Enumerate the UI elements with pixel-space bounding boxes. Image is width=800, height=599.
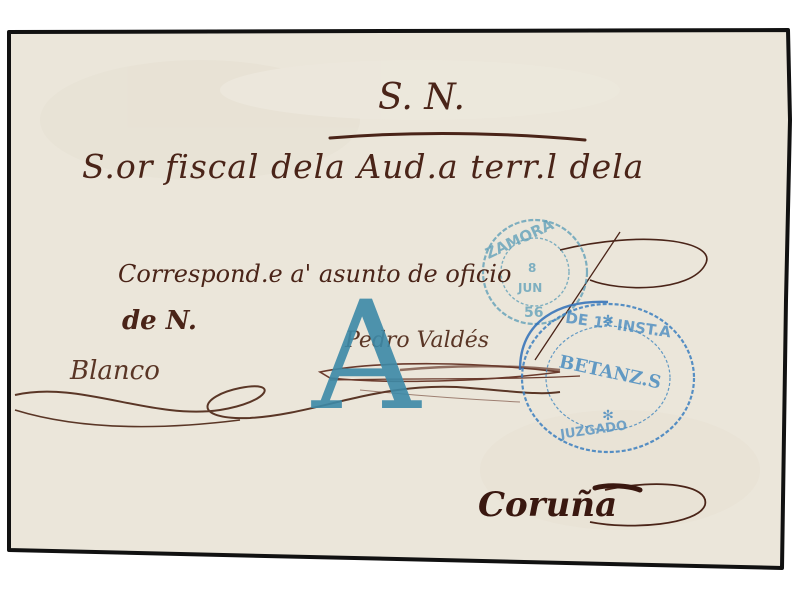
datestamp-year: 56 xyxy=(524,306,543,320)
destination-city: Coruña xyxy=(478,488,617,522)
address-line-1: S.or fiscal dela Aud.a terr.l dela xyxy=(82,150,644,183)
letter-a-handstamp: A xyxy=(312,282,420,432)
datestamp-day: 8 xyxy=(528,262,536,274)
address-line-3: de N. xyxy=(122,308,197,334)
service-mark: S. N. xyxy=(378,80,465,116)
signature-left: Blanco xyxy=(70,358,160,384)
datestamp-month: JUN xyxy=(518,282,542,294)
